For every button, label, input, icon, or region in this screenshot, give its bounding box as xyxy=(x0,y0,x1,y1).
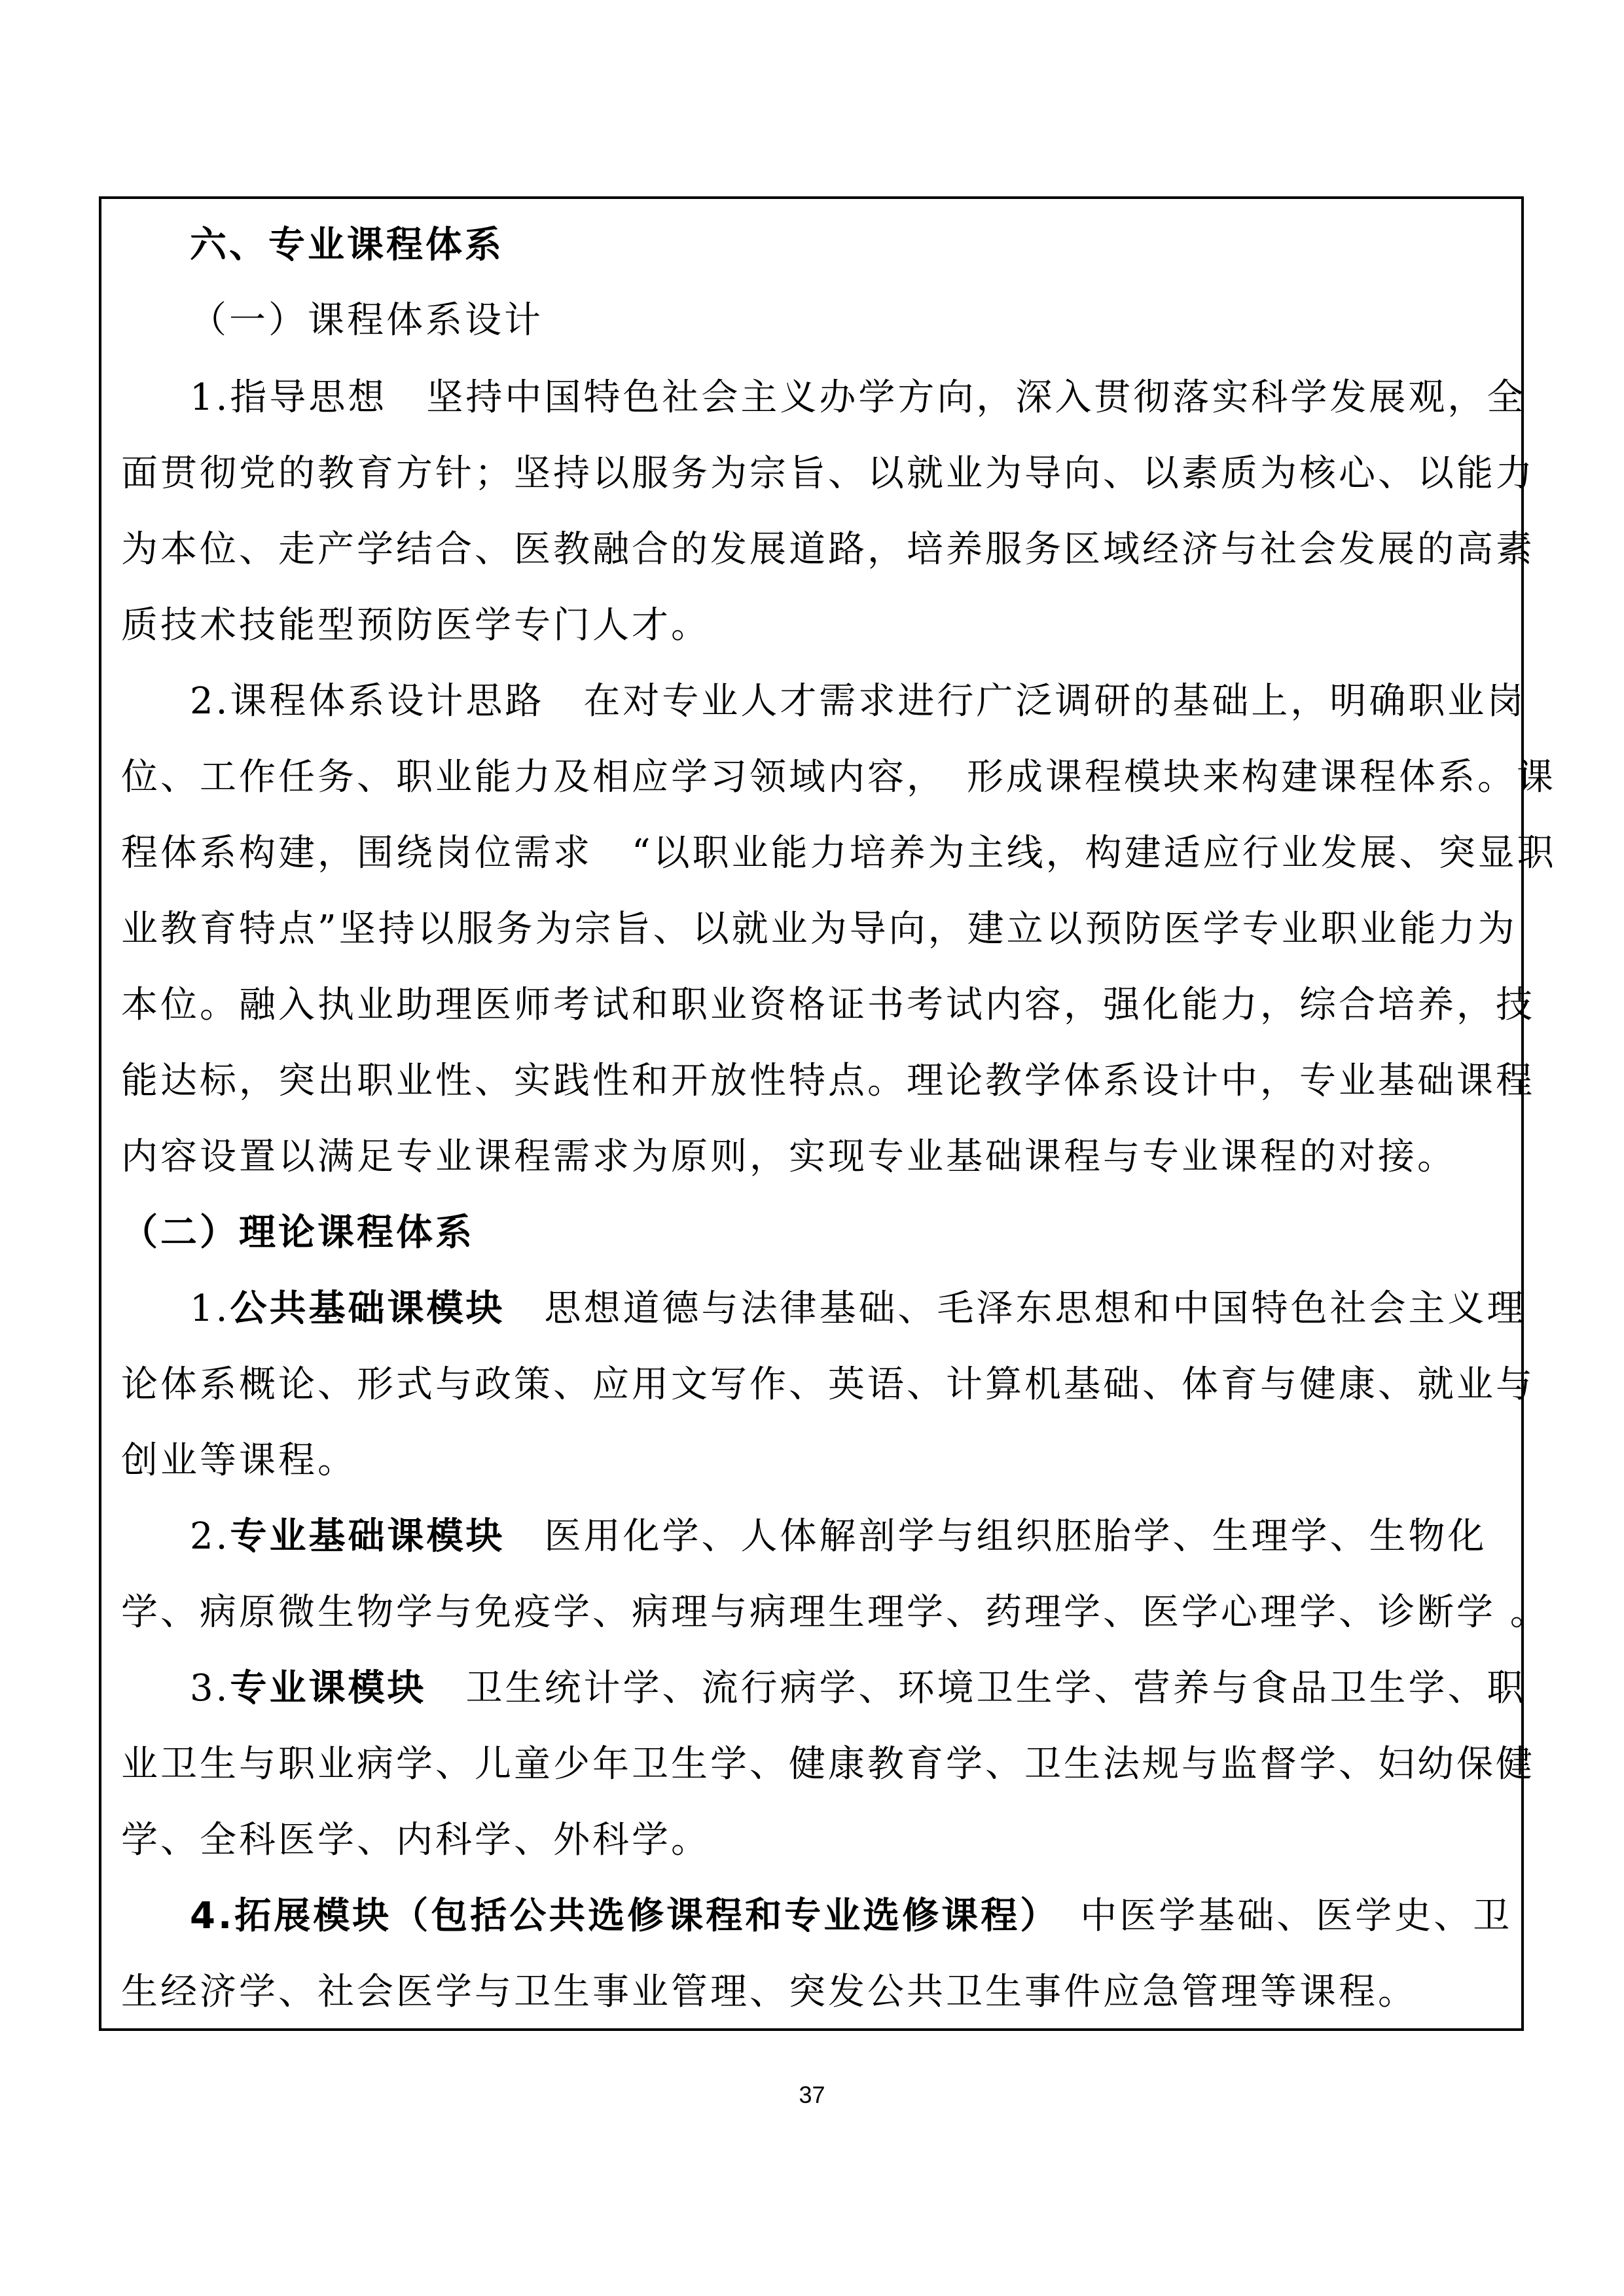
module-number: 4. xyxy=(190,1895,234,1937)
section-title: 六、专业课程体系 xyxy=(190,207,1578,283)
module-text: 思想道德与法律基础、毛泽东思想和中国特色社会主义理 xyxy=(505,1287,1526,1330)
module-text: 医用化学、人体解剖学与组织胚胎学、生理学、生物化 xyxy=(505,1515,1487,1558)
module-text-line: 生经济学、社会医学与卫生事业管理、突发公共卫生事件应急管理等课程。 xyxy=(121,1954,1509,2030)
paragraph-line: 质技术技能型预防医学专门人才。 xyxy=(121,588,1509,664)
module-text: 卫生统计学、流行病学、环境卫生学、营养与食品卫生学、职 xyxy=(426,1667,1526,1710)
paragraph-line: 1.指导思想 坚持中国特色社会主义办学方向，深入贯彻落实科学发展观，全 xyxy=(190,360,1578,436)
paragraph-line: 业教育特点”坚持以服务为宗旨、以就业为导向，建立以预防医学专业职业能力为 xyxy=(121,891,1509,967)
module-4-line: 4.拓展模块（包括公共选修课程和专业选修课程） 中医学基础、医学史、卫 xyxy=(190,1878,1578,1954)
subsection-title-1: （一）课程体系设计 xyxy=(190,283,1578,359)
module-number: 1. xyxy=(190,1287,230,1330)
module-1-line: 1.公共基础课模块 思想道德与法律基础、毛泽东思想和中国特色社会主义理 xyxy=(190,1271,1578,1347)
page-number: 37 xyxy=(0,2081,1624,2109)
module-title: 公共基础课模块 xyxy=(230,1287,505,1330)
module-text-line: 业卫生与职业病学、儿童少年卫生学、健康教育学、卫生法规与监督学、妇幼保健 xyxy=(121,1727,1509,1803)
module-text-line: 论体系概论、形式与政策、应用文写作、英语、计算机基础、体育与健康、就业与 xyxy=(121,1347,1509,1423)
module-text-line: 创业等课程。 xyxy=(121,1423,1509,1499)
module-title: 专业课模块 xyxy=(230,1667,426,1710)
module-number: 2. xyxy=(190,1515,230,1558)
module-title: 拓展模块（包括公共选修课程和专业选修课程） xyxy=(234,1895,1041,1937)
module-3-line: 3.专业课模块 卫生统计学、流行病学、环境卫生学、营养与食品卫生学、职 xyxy=(190,1651,1578,1727)
module-text-line: 学、全科医学、内科学、外科学。 xyxy=(121,1803,1509,1878)
paragraph-line: 内容设置以满足专业课程需求为原则，实现专业基础课程与专业课程的对接。 xyxy=(121,1119,1509,1195)
paragraph-line: 能达标，突出职业性、实践性和开放性特点。理论教学体系设计中，专业基础课程 xyxy=(121,1043,1509,1119)
paragraph-line: 程体系构建，围绕岗位需求 “以职业能力培养为主线，构建适应行业发展、突显职 xyxy=(121,816,1509,891)
module-number: 3. xyxy=(190,1667,230,1710)
paragraph-line: 2.课程体系设计思路 在对专业人才需求进行广泛调研的基础上，明确职业岗 xyxy=(190,664,1578,740)
subsection-title-2: （二）理论课程体系 xyxy=(121,1195,1509,1271)
module-text-line: 学、病原微生物学与免疫学、病理与病理生理学、药理学、医学心理学、诊断学 。 xyxy=(121,1575,1509,1651)
paragraph-line: 为本位、走产学结合、医教融合的发展道路，培养服务区域经济与社会发展的高素 xyxy=(121,512,1509,588)
module-2-line: 2.专业基础课模块 医用化学、人体解剖学与组织胚胎学、生理学、生物化 xyxy=(190,1499,1578,1575)
paragraph-line: 位、工作任务、职业能力及相应学习领域内容， 形成课程模块来构建课程体系。课 xyxy=(121,740,1509,816)
paragraph-line: 面贯彻党的教育方针；坚持以服务为宗旨、以就业为导向、以素质为核心、以能力 xyxy=(121,436,1509,512)
module-title: 专业基础课模块 xyxy=(230,1515,505,1558)
module-text: 中医学基础、医学史、卫 xyxy=(1041,1895,1512,1937)
paragraph-line: 本位。融入执业助理医师考试和职业资格证书考试内容，强化能力，综合培养，技 xyxy=(121,967,1509,1043)
